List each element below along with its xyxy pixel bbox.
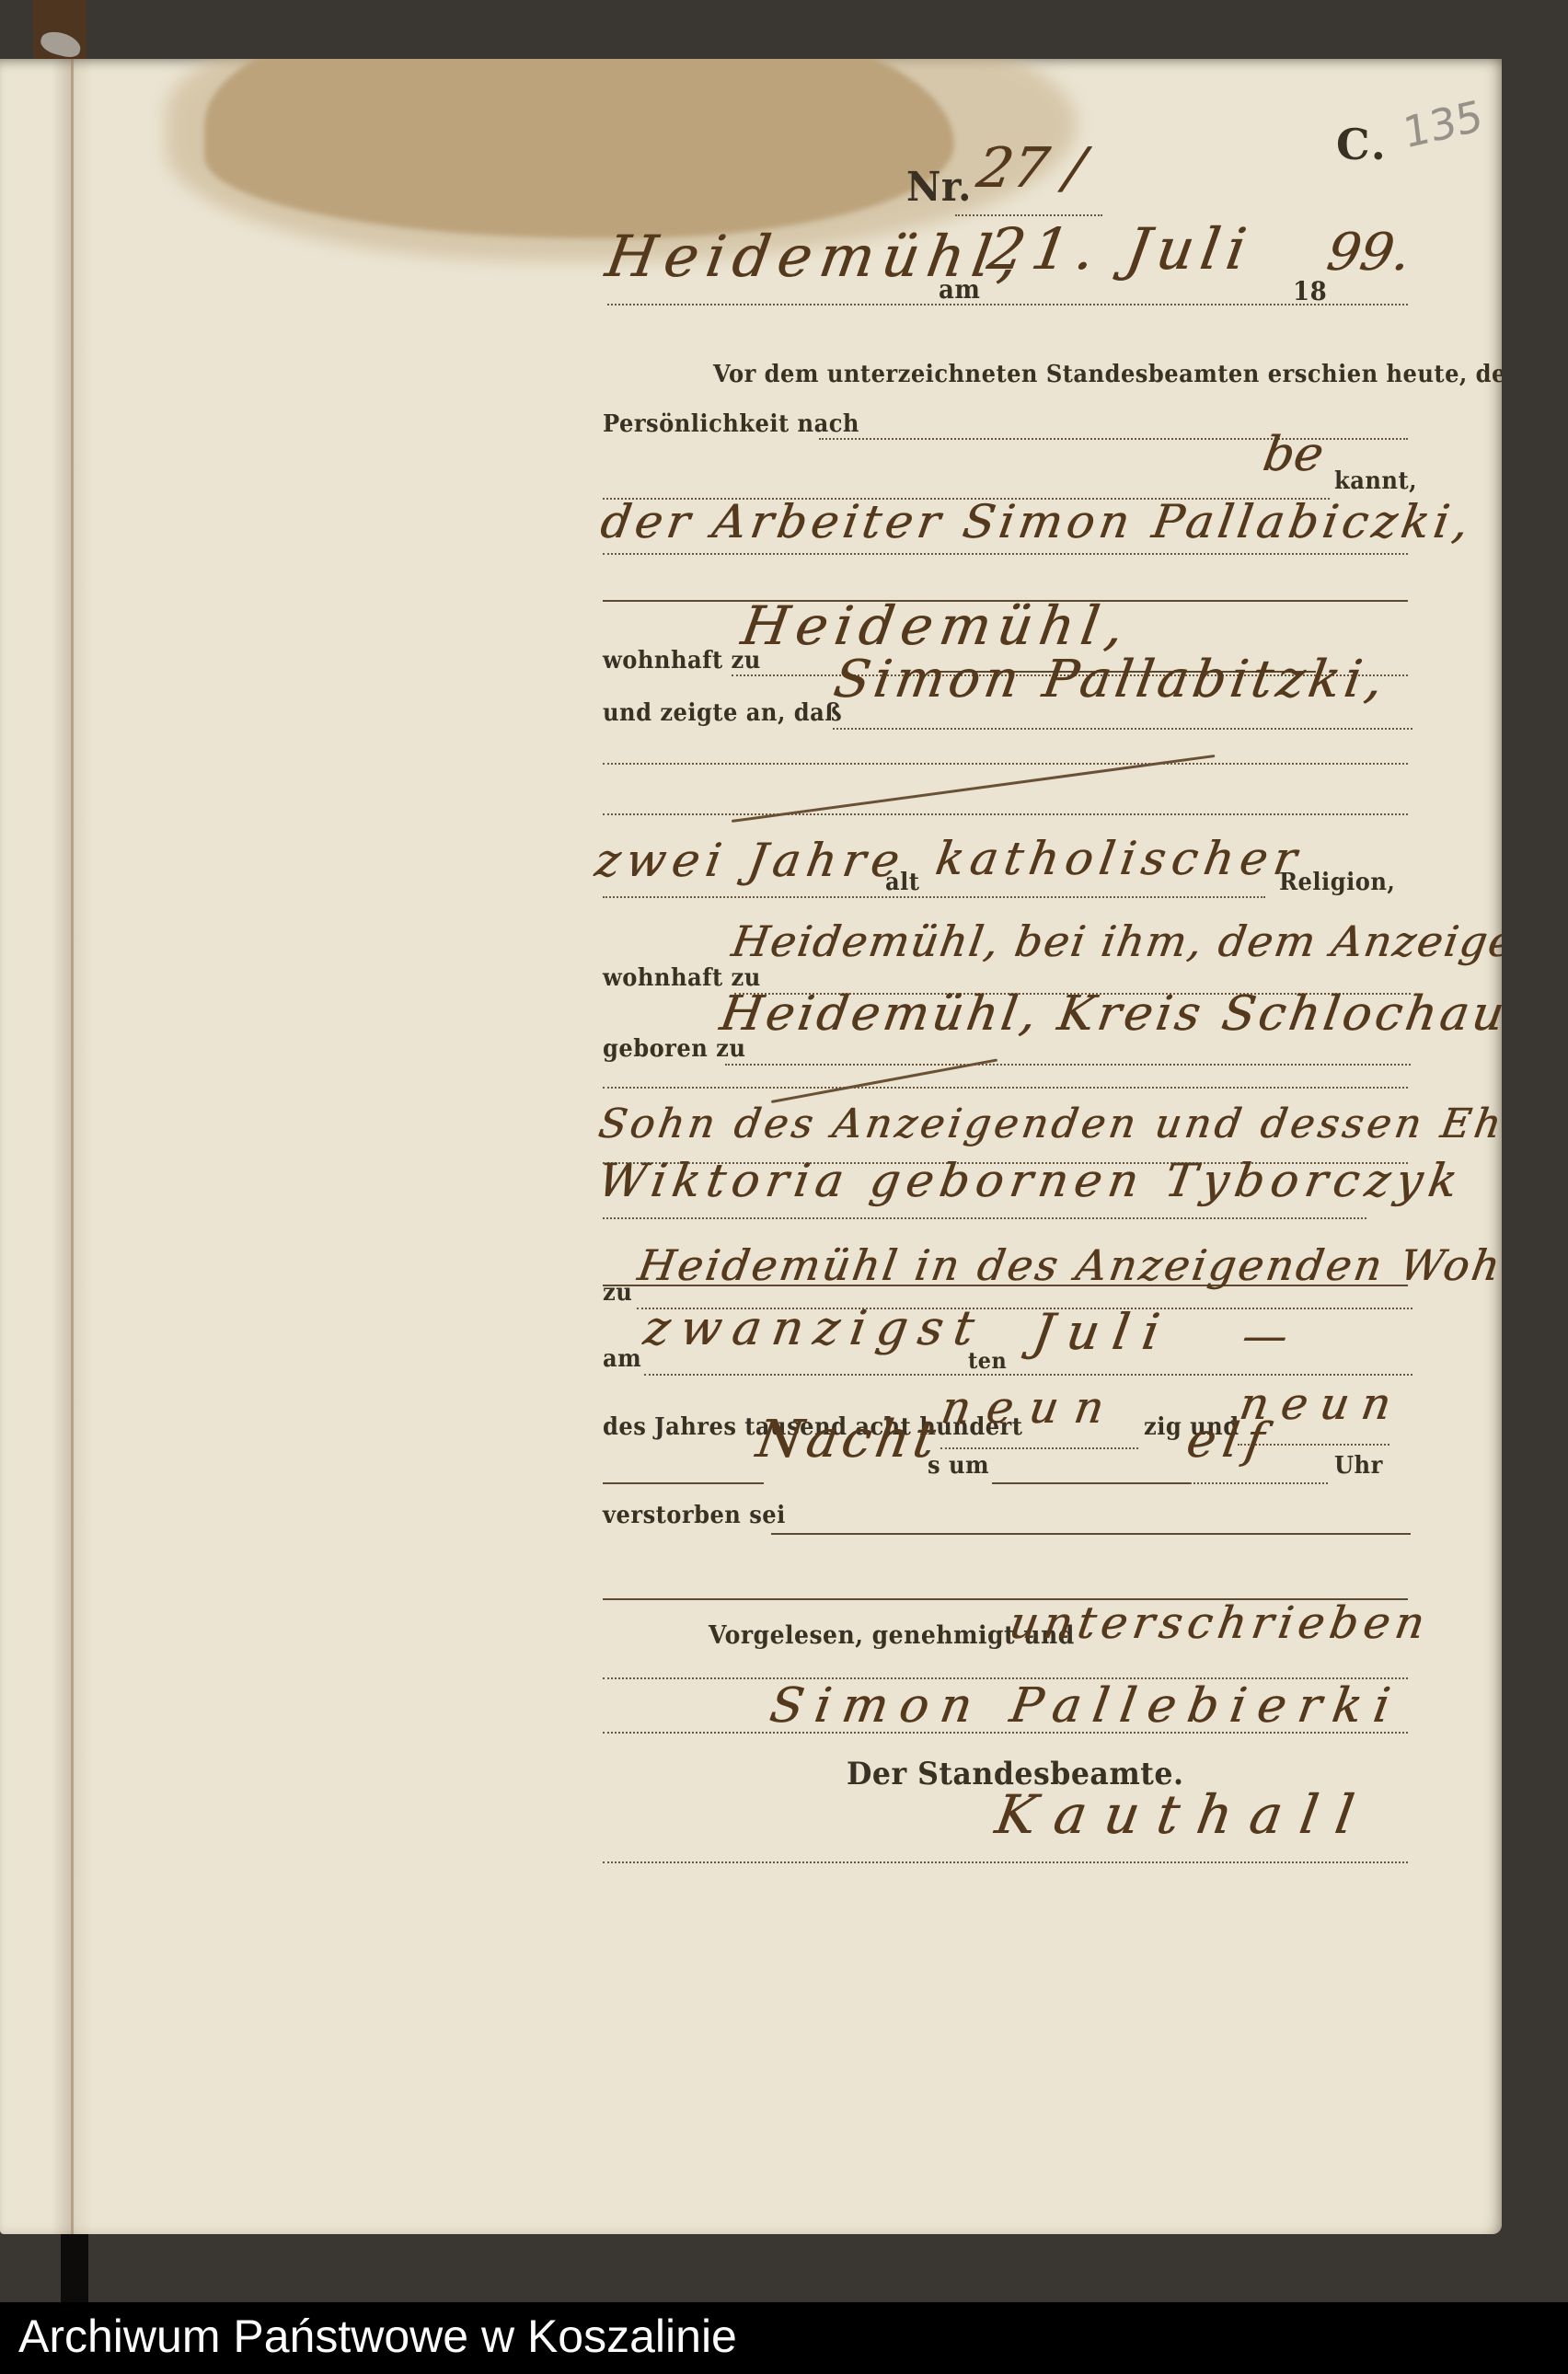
record-number-value: 27 / xyxy=(973,136,1090,201)
death-date-ten: ten xyxy=(968,1347,1007,1374)
parents-line-2: Wiktoria gebornen Tyborczyk xyxy=(594,1154,1468,1207)
death-time-hand: Nacht xyxy=(753,1410,944,1469)
rule-parents-2 xyxy=(603,1217,1366,1219)
cross-out-stroke-1 xyxy=(732,755,1216,822)
intro-line-2: Persönlichkeit nach xyxy=(603,410,859,438)
report-label: und zeigte an, daß xyxy=(603,699,842,727)
archive-name: Archiwum Państwowe w Koszalinie xyxy=(18,2302,737,2370)
rule-report xyxy=(833,728,1412,730)
religion-label: Religion, xyxy=(1279,869,1395,896)
document-page: C. 135 Nr. 27 / Heidemühl, am 21. Juli 1… xyxy=(0,59,1502,2234)
signature-declarant: Simon Pallebierki xyxy=(766,1678,1405,1734)
archive-watermark-bar: Archiwum Państwowe w Koszalinie xyxy=(0,2302,1568,2374)
book-binding-top xyxy=(33,0,86,61)
closing-hand: unterschrieben xyxy=(1006,1597,1434,1649)
verstorben-label: verstorben sei xyxy=(603,1502,786,1529)
alt-label: alt xyxy=(885,869,919,896)
dateline-century: 18 xyxy=(1293,276,1327,306)
death-hour-entry: elf xyxy=(1182,1413,1274,1469)
death-month-entry: Juli xyxy=(1029,1303,1177,1361)
residence1-value: Heidemühl, xyxy=(737,594,1135,657)
death-place-value: Heidemühl in des Anzeigenden Wohnung xyxy=(634,1240,1502,1290)
deceased-name: Simon Pallabitzki, xyxy=(830,650,1391,709)
known-print: kannt, xyxy=(1334,467,1417,495)
record-number-label: Nr. xyxy=(906,164,972,211)
dateline-am-label: am xyxy=(939,274,980,305)
rule-empty-4 xyxy=(603,1087,1408,1089)
rule-time-1 xyxy=(603,1482,764,1484)
paper-stain xyxy=(204,59,954,238)
dateline-day-month: 21. Juli xyxy=(983,215,1257,282)
age-entry: zwei Jahre xyxy=(592,834,909,887)
death-date-dash: — xyxy=(1239,1310,1291,1362)
rule-year-1 xyxy=(940,1447,1138,1449)
pencil-page-number: 135 xyxy=(1401,90,1485,158)
death-day-entry: zwanzigst xyxy=(640,1301,988,1356)
rule-dateline xyxy=(607,304,1408,305)
rule-signature-1 xyxy=(603,1732,1408,1734)
declarant-entry: der Arbeiter Simon Pallabiczki, xyxy=(597,495,1477,548)
rule-verstorben xyxy=(771,1533,1411,1535)
intro-line-1: Vor dem unterzeichneten Standesbeamten e… xyxy=(713,361,1502,388)
book-binding-bottom xyxy=(61,2234,88,2304)
rule-birthplace xyxy=(725,1064,1411,1066)
signature-registrar: Kauthall xyxy=(991,1783,1376,1846)
death-year-hand1: neun xyxy=(938,1382,1124,1434)
residence1-label: wohnhaft zu xyxy=(603,647,761,674)
rule-death-date xyxy=(644,1374,1412,1376)
residence2-value: Heidemühl, bei ihm, dem Anzeigenden xyxy=(728,916,1502,966)
death-time-uhr: Uhr xyxy=(1334,1452,1383,1480)
dateline-year: 99. xyxy=(1323,223,1414,282)
rule-declarant xyxy=(603,553,1408,555)
death-time-sum: s um xyxy=(928,1452,989,1480)
scan-background: C. 135 Nr. 27 / Heidemühl, am 21. Juli 1… xyxy=(0,0,1568,2374)
rule-signature-2 xyxy=(603,1861,1408,1863)
religion-entry: katholischer xyxy=(932,832,1307,885)
rule-empty-3 xyxy=(603,813,1408,815)
fold-crease-line xyxy=(71,59,74,2234)
rule-time-2 xyxy=(992,1482,1190,1484)
rule-age xyxy=(603,896,1265,898)
birthplace-value: Heidemühl, Kreis Schlochau xyxy=(716,986,1502,1042)
death-date-am: am xyxy=(603,1345,641,1373)
corner-letter: C. xyxy=(1336,120,1388,169)
rule-empty-2 xyxy=(603,763,1408,765)
binding-thread xyxy=(39,29,83,60)
parents-line-1: Sohn des Anzeigenden und dessen Ehefrau xyxy=(595,1101,1502,1147)
known-hand: be xyxy=(1259,427,1327,482)
rule-time-3 xyxy=(1190,1482,1328,1484)
death-place-label: zu xyxy=(603,1279,632,1307)
